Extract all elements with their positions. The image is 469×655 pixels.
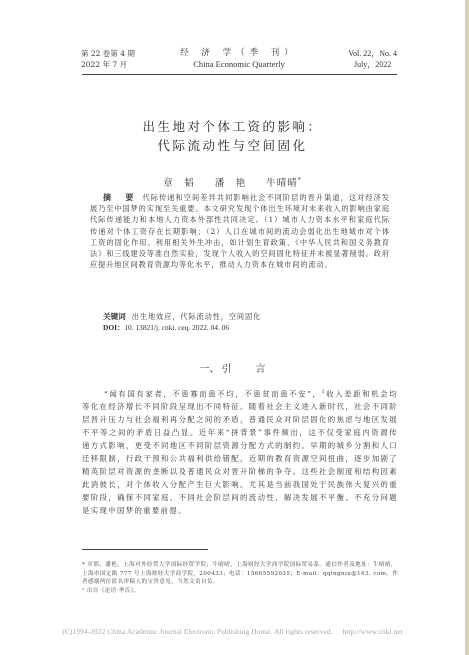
author-list: 章 韬 潘 艳 牛晴晴* (0, 175, 465, 189)
date-en: July，2022 (348, 59, 397, 70)
doi-value: 10. 13821/j. cnki. ceq. 2022. 04. 06 (124, 323, 229, 332)
quote-text: “闻有国有家者，不患寡而患不均，不患贫而患不安”， (104, 389, 322, 398)
abstract-label: 摘 要 (103, 192, 137, 202)
author-name: 牛晴晴 (266, 178, 298, 189)
keywords: 关键词出生地效应，代际流动性，空间固化 (90, 311, 390, 322)
footnote-author-info: * 章韬、潘艳，上海对外经贸大学国际经贸学院；牛晴晴，上海财经大学商学院国际贸易… (82, 561, 400, 587)
abstract: 摘 要代际传递和空间差异共同影响社会不同阶层的晋升渠道，这对经济发展乃至中国梦的… (90, 192, 390, 270)
author-name: 潘 艳 (215, 178, 247, 189)
page-edge-strip (465, 0, 469, 655)
paper-title: 出生地对个体工资的影响： 代际流动性与空间固化 (0, 117, 465, 155)
header-issue-en: Vol. 22，No. 4 July，2022 (348, 48, 397, 70)
volume-issue-en: Vol. 22，No. 4 (348, 48, 397, 59)
copyright-footer: (C)1994-2022 China Academic Journal Elec… (0, 627, 465, 636)
title-line-1: 出生地对个体工资的影响： (0, 117, 465, 136)
doi: DOI：10. 13821/j. cnki. ceq. 2022. 04. 06 (103, 322, 229, 333)
footnote-1: ¹ 出自《论语·季氏》。 (82, 587, 400, 596)
author-name-with-marker: 牛晴晴* (266, 178, 302, 189)
section-title-part: 言 (256, 364, 266, 375)
keywords-text: 出生地效应，代际流动性，空间固化 (132, 312, 261, 321)
footnote-rule (82, 549, 208, 550)
header-rule (82, 74, 397, 75)
copyright-url: http://www.cnki.net (342, 627, 402, 636)
paper-page: 第 22 卷第 4 期 2022 年 7 月 经 济 学（季 刊） China … (0, 0, 465, 655)
body-text: “闻有国有家者，不患寡而患不均，不患贫而患不安”，1收入差距和机会均等化在经济增… (82, 386, 398, 518)
paragraph-text: 收入差距和机会均等化在经济增长不同阶段呈现出不同特征。随着社会主义进入新时代，社… (82, 389, 398, 514)
section-number: 一、 (200, 364, 220, 375)
footnotes: * 章韬、潘艳，上海对外经贸大学国际经贸学院；牛晴晴，上海财经大学商学院国际贸易… (82, 561, 400, 595)
abstract-text: 代际传递和空间差异共同影响社会不同阶层的晋升渠道，这对经济发展乃至中国梦的实现至… (90, 193, 390, 269)
copyright-text: (C)1994-2022 China Academic Journal Elec… (62, 627, 332, 636)
paragraph: “闻有国有家者，不患寡而患不均，不患贫而患不安”，1收入差距和机会均等化在经济增… (82, 386, 398, 518)
section-heading: 一、引言 (0, 360, 465, 375)
author-name: 章 韬 (163, 178, 195, 189)
author-footnote-marker: * (298, 177, 302, 184)
title-line-2: 代际流动性与空间固化 (0, 136, 465, 155)
doi-label: DOI： (103, 323, 124, 332)
keywords-label: 关键词 (103, 312, 126, 321)
section-title-part: 引 (222, 364, 232, 375)
